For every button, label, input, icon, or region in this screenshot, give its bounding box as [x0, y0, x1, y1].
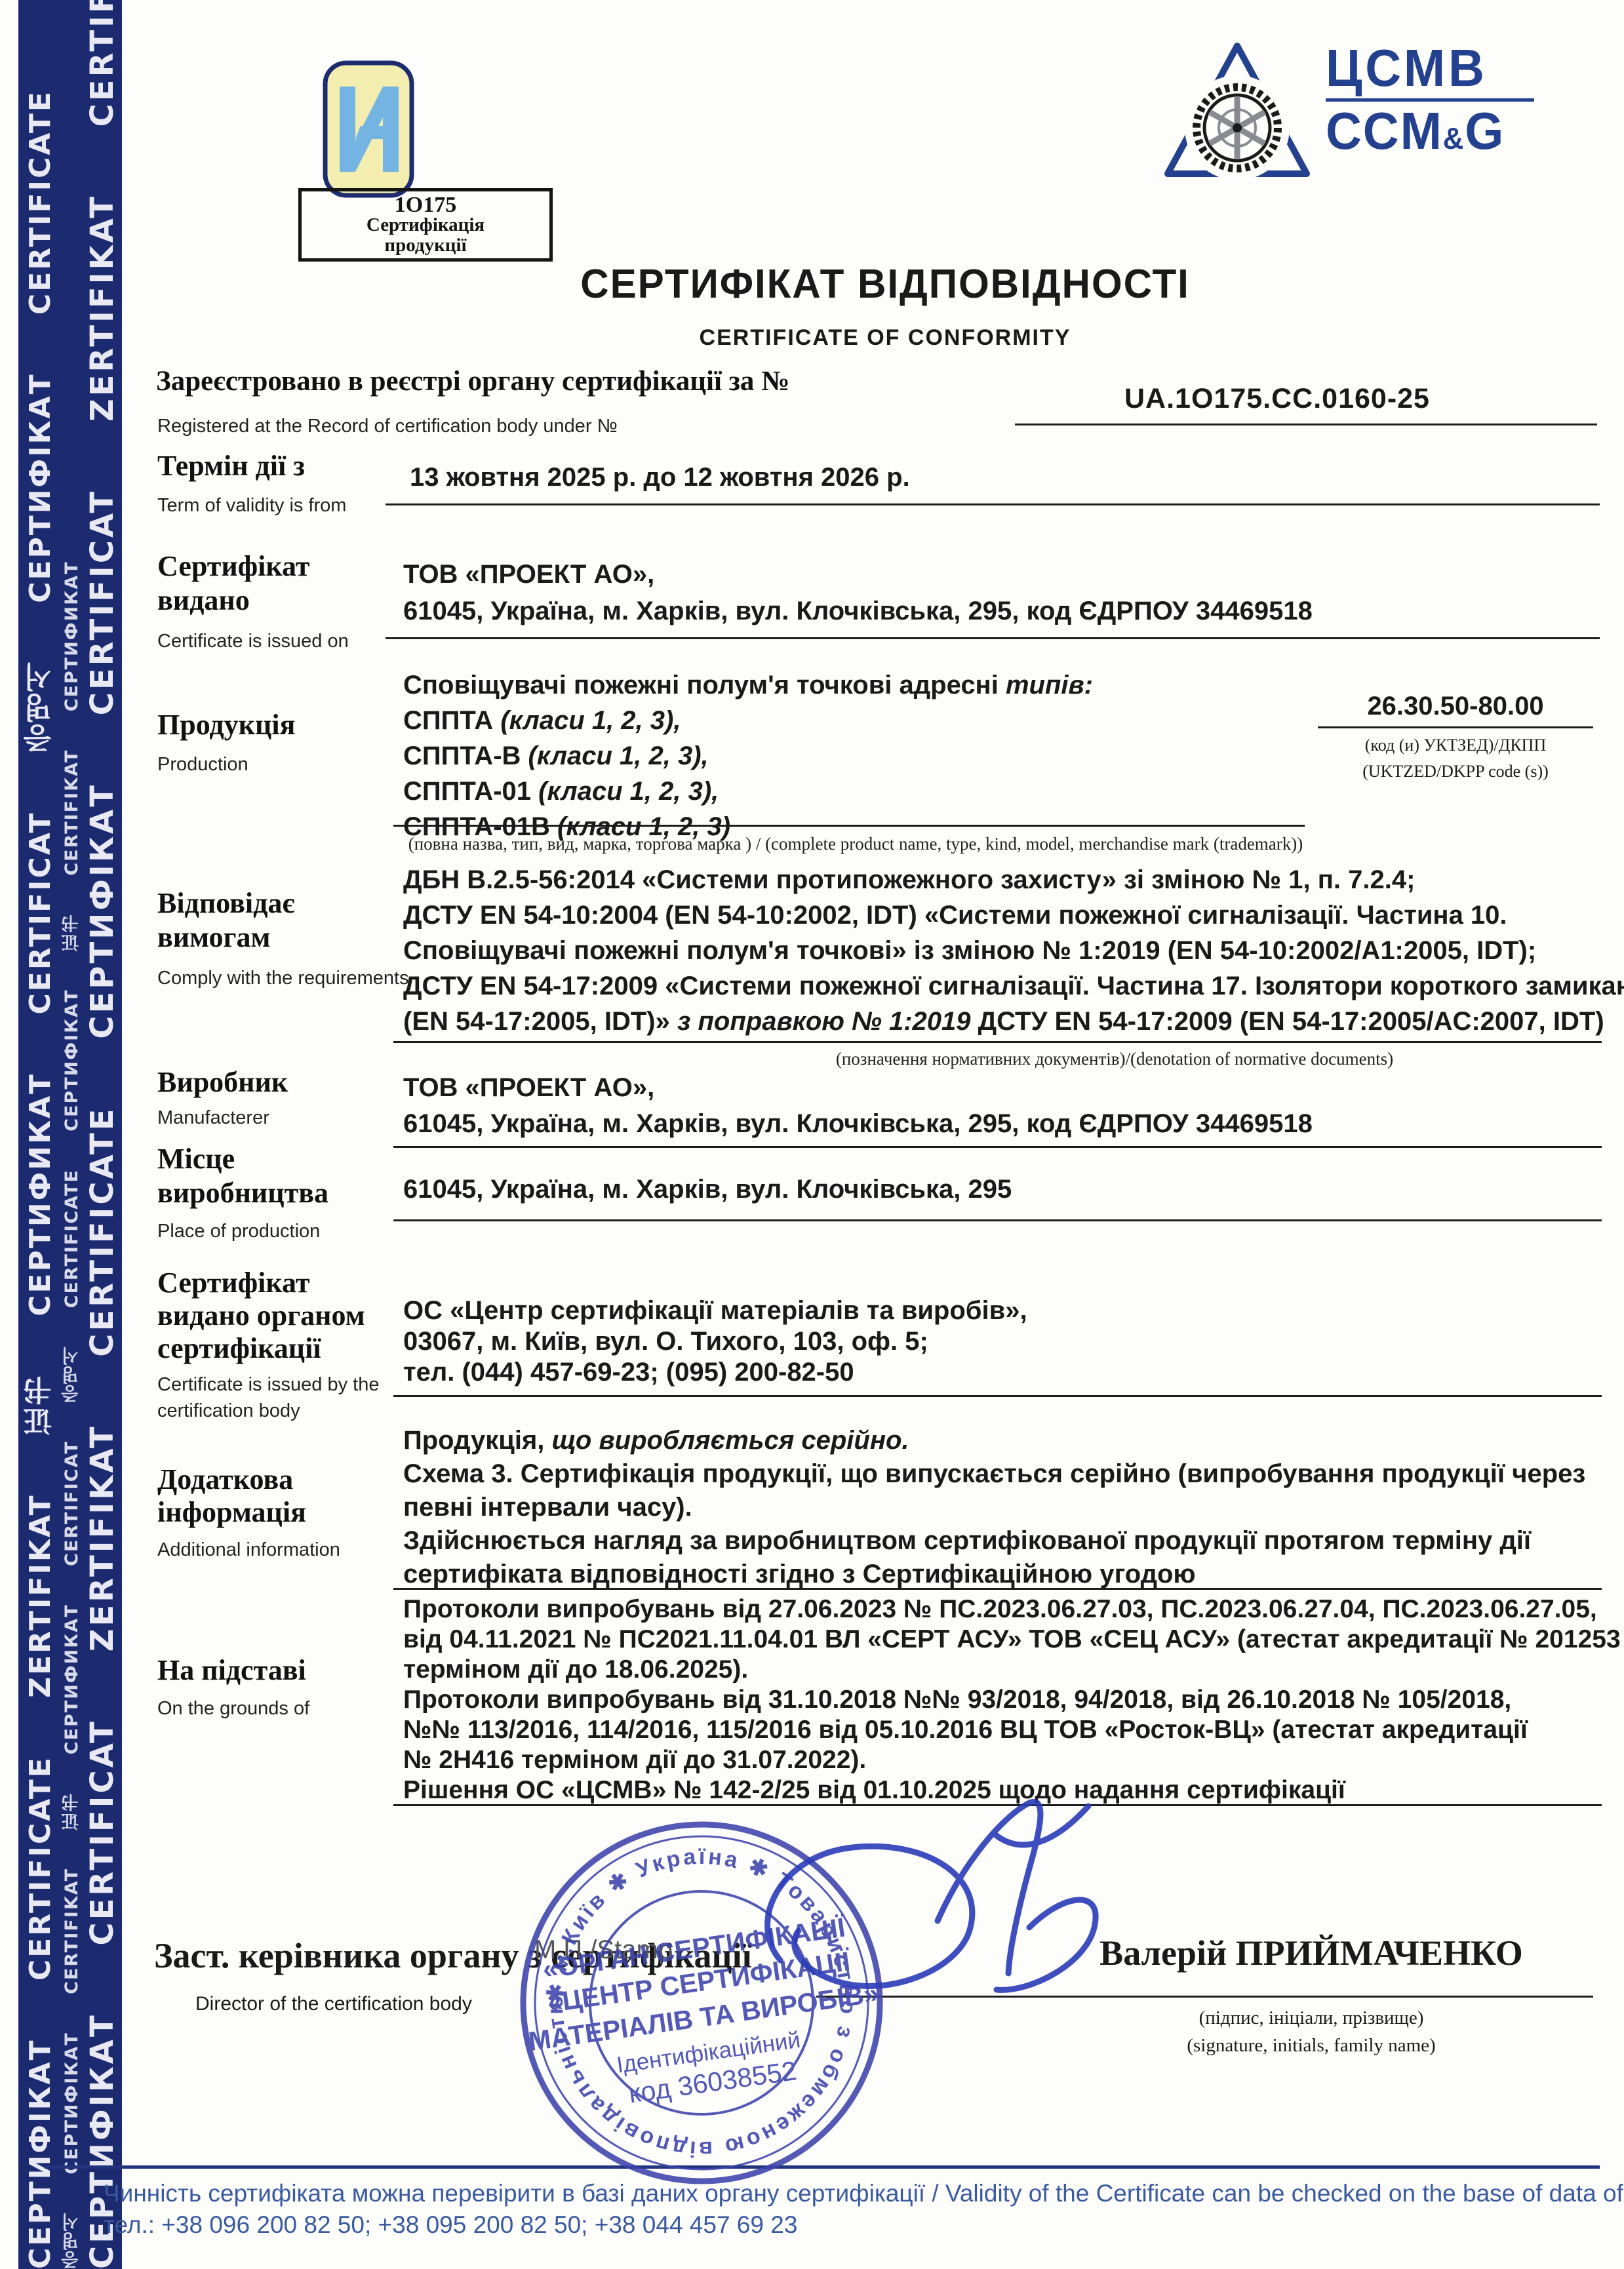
issued-to-value: ТОВ «ПРОЕКТ АО», 61045, Україна, м. Харк… — [403, 556, 1313, 629]
production-item-name: СППТА-01 — [403, 777, 538, 806]
requirements-line: Сповіщувачі пожежні полум'я точкові» із … — [403, 933, 1624, 968]
production-item-classes: (класи 1, 2, 3), — [500, 706, 681, 735]
page-title: СЕРТИФІКАТ ВІДПОВІДНОСТІ — [497, 261, 1273, 307]
grounds-line: терміном дії до 18.06.2025). — [403, 1655, 1621, 1685]
signature-stroke — [688, 1764, 1147, 2039]
place-label-uk2: виробництва — [157, 1176, 328, 1210]
additional-line1-italic: що виробляється серійно. — [552, 1426, 909, 1455]
additional-label-uk2: інформація — [157, 1496, 340, 1529]
issued-to-label: Сертифікат видано Certificate is issued … — [157, 549, 393, 654]
place-underline — [393, 1219, 1602, 1221]
cert-body-line3: тел. (044) 457-69-23; (095) 200-82-50 — [403, 1357, 1027, 1388]
issued-to-line2: 61045, Україна, м. Харків, вул. Клочківс… — [403, 593, 1313, 629]
requirements-line5-post: ДСТУ EN 54-17:2009 (EN 54-17:2005/AC:200… — [971, 1007, 1604, 1036]
requirements-line5-italic: з поправкою № 1:2019 — [677, 1007, 971, 1036]
validity-value: 13 жовтня 2025 р. до 12 жовтня 2026 р. — [410, 460, 910, 495]
requirements-value: ДБН В.2.5-56:2014 «Системи протипожежног… — [403, 862, 1624, 1039]
cert-body-label-en2: certification body — [157, 1398, 379, 1424]
requirements-label-en: Comply with the requirements — [157, 965, 409, 991]
additional-line1-pre: Продукція, — [403, 1426, 552, 1455]
validity-label-en: Term of validity is from — [157, 492, 346, 519]
requirements-line5: (EN 54-17:2005, IDT)» з поправкою № 1:20… — [403, 1004, 1624, 1039]
production-underline — [393, 825, 1305, 827]
additional-label-uk1: Додаткова — [157, 1463, 340, 1496]
csmv-ampersand: & — [1443, 121, 1465, 155]
additional-line: певні інтервали часу). — [403, 1491, 1585, 1524]
cert-body-line2: 03067, м. Київ, вул. О. Тихого, 103, оф.… — [403, 1326, 1027, 1357]
band-column-outer: СЕРТИФІКАТ CERTIFICATE ZERTIFIKAT 证书 СЕР… — [20, 0, 58, 2269]
production-item-classes: (класи 1, 2, 3), — [538, 777, 719, 806]
certificate-page: СЕРТИФІКАТ CERTIFICATE ZERTIFIKAT 证书 СЕР… — [0, 0, 1624, 2269]
manufacturer-label-en: Manufacterer — [157, 1105, 288, 1131]
requirements-line5-pre: (EN 54-17:2005, IDT)» — [403, 1007, 677, 1036]
production-caption: (повна назва, тип, вид, марка, торгова м… — [403, 834, 1308, 854]
requirements-line: ДСТУ EN 54-17:2009 «Системи пожежної сиг… — [403, 968, 1624, 1004]
mark-caption-line2: Сертифікація — [302, 215, 549, 235]
csmv-cyrillic: ЦСМВ — [1326, 41, 1532, 96]
cert-body-label-en1: Certificate is issued by the — [157, 1371, 379, 1398]
production-label-uk: Продукція — [157, 708, 295, 742]
production-label: Продукція Production — [157, 708, 295, 778]
signer-role-en: Director of the certification body — [195, 1993, 472, 2015]
production-code-block: 26.30.50-80.00 (код (и) УКТЗЕД)/ДКПП (UK… — [1311, 692, 1600, 785]
production-value: Сповіщувачі пожежні полум'я точкові адре… — [403, 667, 1093, 844]
requirements-label-uk1: Відповідає — [157, 886, 409, 920]
csmv-latin-g: G — [1465, 102, 1505, 160]
cert-body-label: Сертифікат видано органом сертифікації C… — [157, 1267, 379, 1424]
band-column-middle: 증명서 СЕРТИФІКАТ CERTIFIKAT 证书 СЕРТИФИКАТ … — [59, 0, 83, 2269]
validity-label: Термін дії з Term of validity is from — [157, 449, 346, 519]
additional-line: сертифіката відповідності згідно з Серти… — [403, 1558, 1585, 1591]
production-intro-text: Сповіщувачі пожежні полум'я точкові адре… — [403, 671, 1006, 700]
manufacturer-value: ТОВ «ПРОЕКТ АО», 61045, Україна, м. Харк… — [403, 1070, 1313, 1142]
multilingual-side-band: СЕРТИФІКАТ CERTIFICATE ZERTIFIKAT 证书 СЕР… — [18, 0, 122, 2269]
grounds-line: від 04.11.2021 № ПС2021.11.04.01 ВЛ «СЕР… — [403, 1625, 1621, 1655]
production-item-name: СППТА — [403, 706, 500, 735]
mark-caption-line3: продукції — [302, 235, 549, 256]
mark-number: 1О175 — [302, 195, 549, 215]
code-caption-en: (UKTZED/DKPP code (s)) — [1311, 759, 1600, 785]
requirements-line: ДСТУ EN 54-10:2004 (EN 54-10:2002, IDT) … — [403, 898, 1624, 933]
place-label: Місце виробництва Place of production — [157, 1142, 328, 1244]
production-item: СППТА-В (класи 1, 2, 3), — [403, 738, 1093, 774]
place-label-uk1: Місце — [157, 1142, 328, 1176]
registration-label-en: Registered at the Record of certificatio… — [157, 413, 618, 439]
validity-label-uk: Термін дії з — [157, 449, 346, 483]
additional-label-en: Additional information — [157, 1537, 340, 1563]
additional-line: Схема 3. Сертифікація продукції, що випу… — [403, 1457, 1585, 1491]
mark-caption-box: 1О175 Сертифікація продукції — [298, 188, 553, 262]
signer-name: Валерій ПРИЙМАЧЕНКО — [1062, 1933, 1560, 1973]
csmv-latin: CCM&G — [1326, 103, 1532, 167]
band-column-inner: СЕРТИФІКАТ CERTIFICAT ZERTIFIKAT CERTIFI… — [84, 0, 122, 2269]
requirements-underline — [393, 1041, 1602, 1043]
grounds-line: Протоколи випробувань від 31.10.2018 №№ … — [403, 1685, 1621, 1715]
production-item-name: СППТА-В — [403, 741, 528, 770]
cert-body-label-uk1: Сертифікат — [157, 1267, 379, 1299]
requirements-line: ДБН В.2.5-56:2014 «Системи протипожежног… — [403, 862, 1624, 898]
registration-underline — [1015, 424, 1597, 425]
page-subtitle: CERTIFICATE OF CONFORMITY — [485, 325, 1285, 351]
production-item: СППТА-01 (класи 1, 2, 3), — [403, 774, 1093, 809]
place-label-en: Place of production — [157, 1218, 328, 1244]
issued-to-underline — [386, 637, 1600, 639]
uktzed-code: 26.30.50-80.00 — [1311, 692, 1600, 721]
cert-body-line1: ОС «Центр сертифікації матеріалів та вир… — [403, 1295, 1027, 1326]
grounds-line: Протоколи випробувань від 27.06.2023 № П… — [403, 1594, 1621, 1625]
csmv-triangle-gear-icon — [1157, 39, 1318, 187]
requirements-label: Відповідає вимогам Comply with the requi… — [157, 886, 409, 991]
additional-value: Продукція, що виробляється серійно. Схем… — [403, 1424, 1585, 1591]
manufacturer-label: Виробник Manufacterer — [157, 1065, 288, 1131]
cert-body-label-uk2: видано органом — [157, 1299, 379, 1332]
production-intro: Сповіщувачі пожежні полум'я точкові адре… — [403, 667, 1093, 703]
registration-label-uk: Зареєстровано в реєстрі органу сертифіка… — [156, 365, 789, 399]
csmv-latin-ccm: CCM — [1326, 102, 1443, 160]
manufacturer-underline — [393, 1146, 1602, 1148]
grounds-label-en: On the grounds of — [157, 1695, 309, 1722]
code-caption-uk: (код (и) УКТЗЕД)/ДКПП — [1311, 732, 1600, 759]
production-item-classes: (класи 1, 2, 3), — [528, 741, 709, 770]
requirements-caption: (позначення нормативних документів)/(den… — [754, 1049, 1475, 1069]
requirements-label-uk2: вимогам — [157, 920, 409, 955]
additional-label: Додаткова інформація Additional informat… — [157, 1463, 340, 1563]
grounds-label-uk: На підставі — [157, 1653, 309, 1687]
additional-line1: Продукція, що виробляється серійно. — [403, 1424, 1585, 1457]
validity-underline — [386, 503, 1600, 505]
manufacturer-line1: ТОВ «ПРОЕКТ АО», — [403, 1070, 1313, 1106]
grounds-line: №№ 113/2016, 114/2016, 115/2016 від 05.1… — [403, 1715, 1621, 1745]
additional-underline — [393, 1588, 1602, 1590]
csmv-wordmark: ЦСМВ CCM&G — [1326, 41, 1542, 167]
production-label-en: Production — [157, 751, 295, 778]
manufacturer-line2: 61045, Україна, м. Харків, вул. Клочківс… — [403, 1106, 1313, 1142]
cert-body-value: ОС «Центр сертифікації матеріалів та вир… — [403, 1295, 1027, 1388]
place-value: 61045, Україна, м. Харків, вул. Клочківс… — [403, 1172, 1012, 1207]
ua-conformity-mark-icon — [323, 60, 414, 201]
issued-to-label-uk: Сертифікат видано — [157, 549, 393, 618]
production-item: СППТА (класи 1, 2, 3), — [403, 703, 1093, 738]
code-underline — [1318, 726, 1593, 728]
cert-body-underline — [393, 1395, 1602, 1397]
issued-to-line1: ТОВ «ПРОЕКТ АО», — [403, 556, 1313, 593]
production-intro-italic: типів: — [1006, 671, 1093, 700]
registration-number: UA.1О175.CC.0160-25 — [1124, 382, 1430, 416]
grounds-label: На підставі On the grounds of — [157, 1653, 309, 1722]
additional-line: Здійснюється нагляд за виробництвом серт… — [403, 1524, 1585, 1558]
manufacturer-label-uk: Виробник — [157, 1065, 288, 1099]
cert-body-label-uk3: сертифікації — [157, 1332, 379, 1365]
issued-to-label-en: Certificate is issued on — [157, 628, 393, 654]
